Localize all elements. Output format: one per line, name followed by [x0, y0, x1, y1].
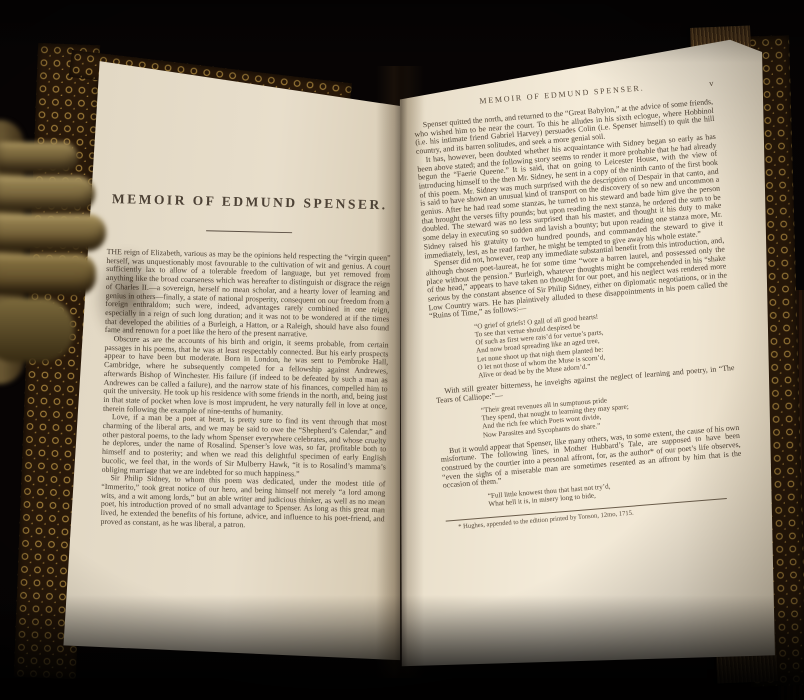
hand-finger: [0, 176, 95, 211]
right-page-text-block: MEMOIR OF EDMUND SPENSER. v Spenser quit…: [412, 78, 746, 532]
paragraph: Love, if a man be a poet at heart, is pr…: [102, 413, 387, 480]
hand-finger: [0, 142, 78, 173]
hand-finger: [0, 298, 74, 362]
page-number: v: [709, 78, 714, 88]
hand-finger: [0, 214, 106, 251]
bronze-hand: [0, 118, 122, 394]
running-header-text: MEMOIR OF EDMUND SPENSER.: [479, 83, 645, 105]
chapter-title: MEMOIR OF EDMUND SPENSER.: [108, 191, 392, 213]
left-page-text-block: MEMOIR OF EDMUND SPENSER. THE reign of E…: [100, 191, 392, 533]
book-photo-scene: MEMOIR OF EDMUND SPENSER. THE reign of E…: [0, 0, 804, 700]
title-rule: [206, 230, 292, 233]
hand-finger: [0, 254, 96, 295]
gutter-shadow: [376, 66, 424, 678]
right-page: MEMOIR OF EDMUND SPENSER. v Spenser quit…: [398, 28, 778, 678]
paragraph: Sir Philip Sidney, to whom this poem was…: [100, 474, 385, 533]
